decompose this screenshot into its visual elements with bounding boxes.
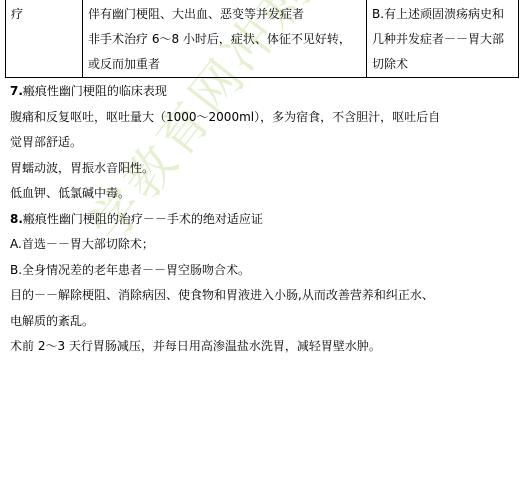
paragraph: 觉胃部舒适。 [10, 130, 520, 156]
paragraph: B.全身情况差的老年患者－－胃空肠吻合术。 [10, 258, 520, 284]
section-heading-7: 7.瘢痕性幽门梗阻的临床表现 [10, 79, 520, 105]
table-row: 疗 伴有幽门梗阻、大出血、恶变等并发症者 非手术治疗 6～8 小时后，症状、体征… [6, 0, 519, 78]
paragraph: 电解质的紊乱。 [10, 309, 520, 335]
body-text: 7.瘢痕性幽门梗阻的临床表现 腹痛和反复呕吐，呕吐量大（1000～2000ml）… [10, 79, 520, 360]
treatment-table: 疗 伴有幽门梗阻、大出血、恶变等并发症者 非手术治疗 6～8 小时后，症状、体征… [5, 0, 519, 78]
paragraph: A.首选－－胃大部切除术； [10, 232, 520, 258]
table-cell-surgery: B.有上述顽固溃疡病史和 几种并发症者－－胃大部 切除术 [367, 0, 519, 78]
paragraph: 腹痛和反复呕吐，呕吐量大（1000～2000ml），多为宿食，不含胆汁，呕吐后自 [10, 105, 520, 131]
cell-line: 非手术治疗 6～8 小时后，症状、体征不见好转， [88, 27, 361, 52]
paragraph: 目的－－解除梗阻、消除病因、使食物和胃液进入小肠,从而改善营养和纠正水、 [10, 283, 520, 309]
cell-line: 切除术 [372, 52, 513, 77]
heading-number: 7. [10, 84, 23, 98]
paragraph: 低血钾、低氯碱中毒。 [10, 181, 520, 207]
section-heading-8: 8.瘢痕性幽门梗阻的治疗－－手术的绝对适应证 [10, 207, 520, 233]
paragraph: 术前 2～3 天行胃肠减压，并每日用高渗温盐水洗胃，减轻胃壁水肿。 [10, 334, 520, 360]
cell-line: 几种并发症者－－胃大部 [372, 27, 513, 52]
cell-line: 伴有幽门梗阻、大出血、恶变等并发症者 [88, 2, 361, 27]
cell-line: B.有上述顽固溃疡病史和 [372, 2, 513, 27]
paragraph: 胃蠕动波，胃振水音阳性。 [10, 156, 520, 182]
cell-line: 或反而加重者 [88, 52, 361, 77]
heading-text: 瘢痕性幽门梗阻的治疗－－手术的绝对适应证 [23, 212, 263, 226]
table-cell-category: 疗 [6, 0, 83, 78]
cell-text: 疗 [11, 2, 77, 27]
table-cell-indications: 伴有幽门梗阻、大出血、恶变等并发症者 非手术治疗 6～8 小时后，症状、体征不见… [83, 0, 367, 78]
heading-number: 8. [10, 212, 23, 226]
heading-text: 瘢痕性幽门梗阻的临床表现 [23, 84, 167, 98]
